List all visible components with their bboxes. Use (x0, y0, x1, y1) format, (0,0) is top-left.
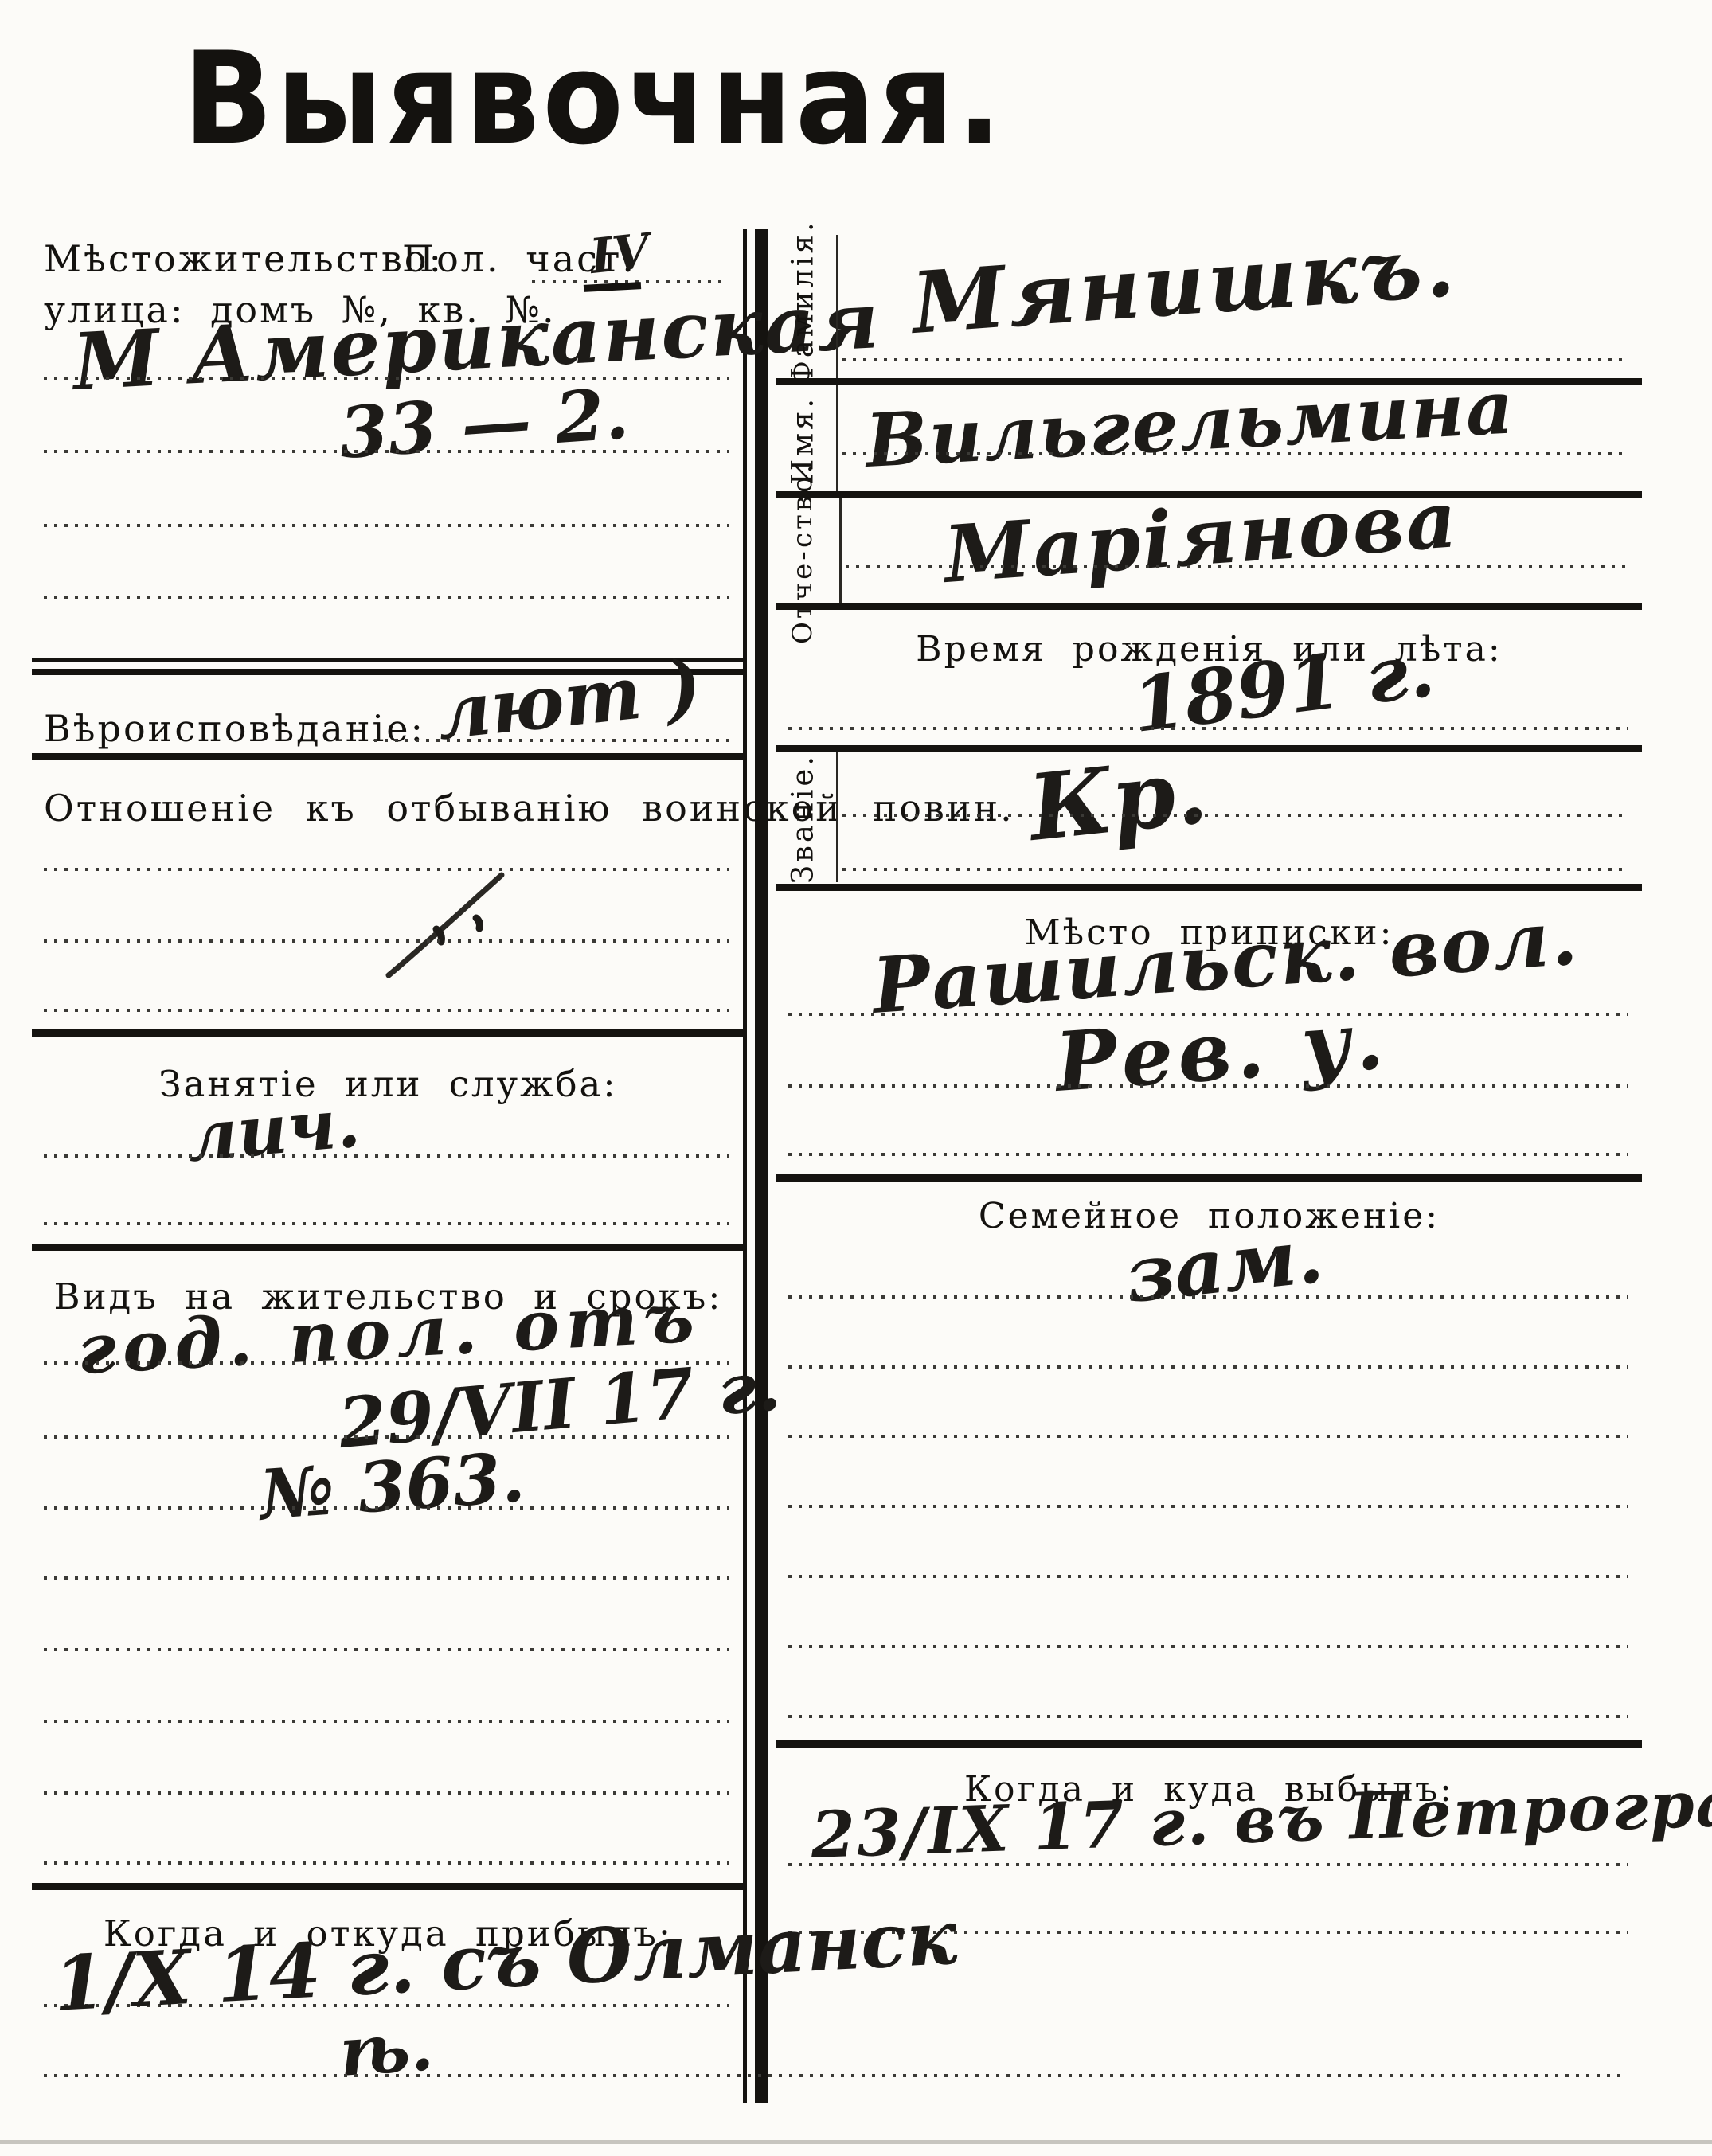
dotted-line (44, 939, 729, 943)
scanned-registration-card: Выявочная. Мѣстожительство: Пол. част. I… (0, 0, 1712, 2156)
dotted-line (788, 1365, 1628, 1369)
column-divider-thin (743, 229, 747, 2103)
dotted-line (788, 1863, 1628, 1866)
dotted-line (842, 868, 1628, 871)
dotted-line (788, 727, 1628, 730)
rank-row-label: Званіе. (774, 763, 831, 874)
dotted-line (846, 565, 1628, 568)
label-cell-rule (836, 235, 838, 381)
section-rule (776, 884, 1642, 891)
dotted-line (44, 1009, 729, 1012)
occupation-label: Занятіе или служба: (32, 1063, 745, 1105)
label-cell-rule (836, 752, 838, 882)
dotted-line (44, 1506, 729, 1510)
dotted-line (842, 358, 1628, 361)
surname-value: Мянишкъ. (909, 215, 1460, 353)
section-rule (776, 1174, 1642, 1182)
police-part-value: IV (588, 224, 653, 285)
label-cell-rule (836, 385, 838, 491)
dotted-line (44, 1222, 729, 1225)
patronymic-row-label: Отче- ство. (769, 505, 836, 600)
dotted-line (788, 1153, 1628, 1156)
dotted-line (788, 1645, 1628, 1648)
column-divider-thick (755, 229, 768, 2103)
occupation-value: лич. (184, 1082, 363, 1178)
dotted-line (44, 2074, 1628, 2077)
dotted-line (788, 1505, 1628, 1508)
arrival-value-line2: ѣ. (337, 2006, 436, 2092)
dotted-line (44, 450, 729, 453)
section-rule (776, 1740, 1642, 1748)
dotted-line (44, 1154, 729, 1158)
dotted-line (842, 814, 1628, 817)
scan-edge-line (0, 2140, 1712, 2144)
section-rule (776, 745, 1642, 752)
rank-value: Кр. (1024, 736, 1212, 861)
dotted-line (44, 1861, 729, 1865)
section-rule (776, 603, 1642, 610)
dotted-line (44, 1576, 729, 1580)
religion-label: Вѣроисповѣданіе: (44, 707, 425, 750)
dotted-line (44, 1435, 729, 1439)
dotted-line (788, 1435, 1628, 1438)
dotted-line (788, 1715, 1628, 1718)
label-cell-rule (839, 498, 842, 603)
patronymic-label-line2: ство. (787, 461, 819, 547)
form-title: Выявочная. (183, 25, 852, 173)
dotted-line (44, 524, 729, 527)
dotted-line (44, 868, 729, 871)
section-rule (32, 1883, 745, 1890)
permit-value-line3: № 363. (257, 1437, 527, 1536)
surname-row-label: Фамилія. (774, 239, 831, 366)
pen-stroke-mark (374, 872, 526, 979)
dotted-line (842, 452, 1628, 455)
section-rule (32, 753, 745, 760)
dotted-line (44, 1791, 729, 1795)
section-rule (32, 1029, 745, 1037)
dotted-line (788, 1084, 1628, 1088)
residence-label: Мѣстожительство: (44, 237, 444, 280)
dotted-line (788, 1575, 1628, 1578)
dotted-line (44, 1720, 729, 1723)
dotted-line (788, 1295, 1628, 1299)
dotted-line (44, 596, 729, 599)
military-duty-label: Отношеніе къ отбыванію воинской повин. (44, 787, 1014, 830)
section-rule (32, 1244, 745, 1251)
dotted-line (44, 1648, 729, 1651)
